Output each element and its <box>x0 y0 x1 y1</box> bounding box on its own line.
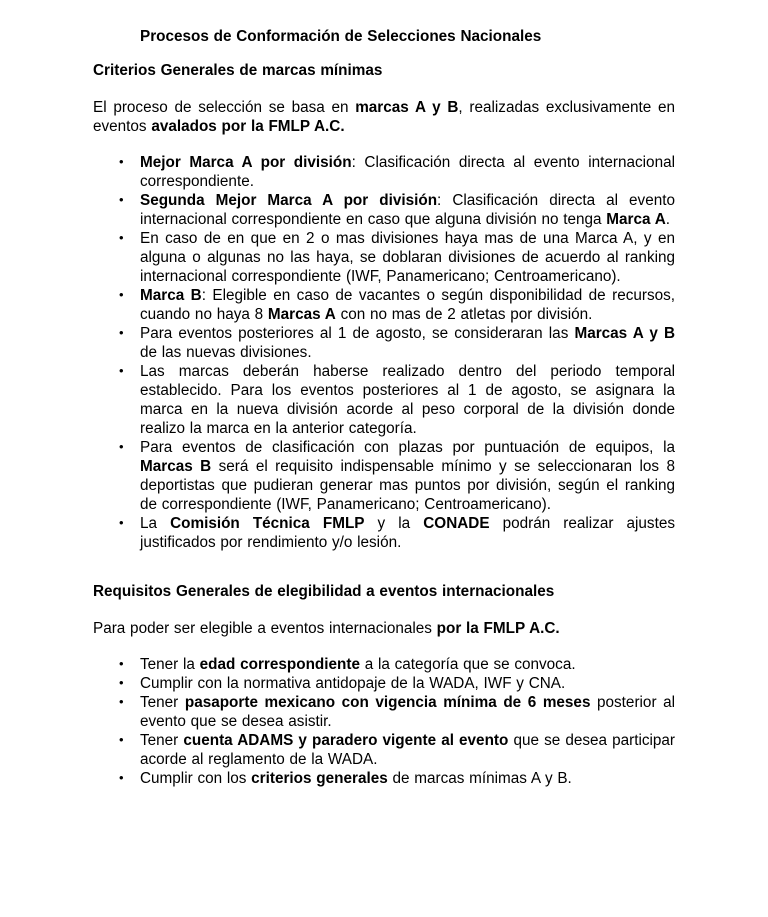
bullet-text: En caso de en que en 2 o mas divisiones … <box>140 230 675 285</box>
bullet-item: •Para eventos de clasificación con plaza… <box>93 438 675 514</box>
bullet-item: •Tener la edad correspondiente a la cate… <box>93 655 675 674</box>
bullet-marker-icon: • <box>119 437 124 456</box>
bullet-text: Tener pasaporte mexicano con vigencia mí… <box>140 694 675 730</box>
bullet-text: Para eventos posteriores al 1 de agosto,… <box>140 325 675 361</box>
bullet-marker-icon: • <box>119 692 124 711</box>
bullet-marker-icon: • <box>119 730 124 749</box>
bullet-item: •En caso de en que en 2 o mas divisiones… <box>93 229 675 286</box>
bullet-marker-icon: • <box>119 285 124 304</box>
bullet-text: Tener la edad correspondiente a la categ… <box>140 656 576 673</box>
bullet-item: •Las marcas deberán haberse realizado de… <box>93 362 675 438</box>
document-body: Criterios Generales de marcas mínimasEl … <box>93 61 675 788</box>
section-intro: El proceso de selección se basa en marca… <box>93 98 675 136</box>
bullet-marker-icon: • <box>119 152 124 171</box>
bullet-text: La Comisión Técnica FMLP y la CONADE pod… <box>140 515 675 551</box>
bullet-marker-icon: • <box>119 768 124 787</box>
bullet-marker-icon: • <box>119 323 124 342</box>
bullet-marker-icon: • <box>119 673 124 692</box>
bullet-text: Para eventos de clasificación con plazas… <box>140 439 675 513</box>
document-title: Procesos de Conformación de Selecciones … <box>140 27 675 46</box>
section-heading: Requisitos Generales de elegibilidad a e… <box>93 582 675 601</box>
bullet-marker-icon: • <box>119 513 124 532</box>
bullet-marker-icon: • <box>119 228 124 247</box>
document-section: Requisitos Generales de elegibilidad a e… <box>93 582 675 788</box>
bullet-item: •Segunda Mejor Marca A por división: Cla… <box>93 191 675 229</box>
document-page: Procesos de Conformación de Selecciones … <box>0 0 768 917</box>
bullet-item: •Para eventos posteriores al 1 de agosto… <box>93 324 675 362</box>
bullet-text: Cumplir con los criterios generales de m… <box>140 770 572 787</box>
bullet-item: •Tener pasaporte mexicano con vigencia m… <box>93 693 675 731</box>
bullet-text: Segunda Mejor Marca A por división: Clas… <box>140 192 675 228</box>
bullet-list: •Mejor Marca A por división: Clasificaci… <box>93 153 675 552</box>
bullet-text: Mejor Marca A por división: Clasificació… <box>140 154 675 190</box>
bullet-item: •Marca B: Elegible en caso de vacantes o… <box>93 286 675 324</box>
bullet-list: •Tener la edad correspondiente a la cate… <box>93 655 675 788</box>
bullet-text: Tener cuenta ADAMS y paradero vigente al… <box>140 732 675 768</box>
bullet-marker-icon: • <box>119 361 124 380</box>
bullet-item: •Tener cuenta ADAMS y paradero vigente a… <box>93 731 675 769</box>
document-section: Criterios Generales de marcas mínimasEl … <box>93 61 675 552</box>
bullet-marker-icon: • <box>119 654 124 673</box>
bullet-item: •Cumplir con la normativa antidopaje de … <box>93 674 675 693</box>
bullet-text: Cumplir con la normativa antidopaje de l… <box>140 675 565 692</box>
bullet-item: •Mejor Marca A por división: Clasificaci… <box>93 153 675 191</box>
bullet-item: •Cumplir con los criterios generales de … <box>93 769 675 788</box>
bullet-text: Marca B: Elegible en caso de vacantes o … <box>140 287 675 323</box>
section-heading: Criterios Generales de marcas mínimas <box>93 61 675 80</box>
bullet-item: •La Comisión Técnica FMLP y la CONADE po… <box>93 514 675 552</box>
bullet-text: Las marcas deberán haberse realizado den… <box>140 363 675 437</box>
bullet-marker-icon: • <box>119 190 124 209</box>
section-intro: Para poder ser elegible a eventos intern… <box>93 619 675 638</box>
